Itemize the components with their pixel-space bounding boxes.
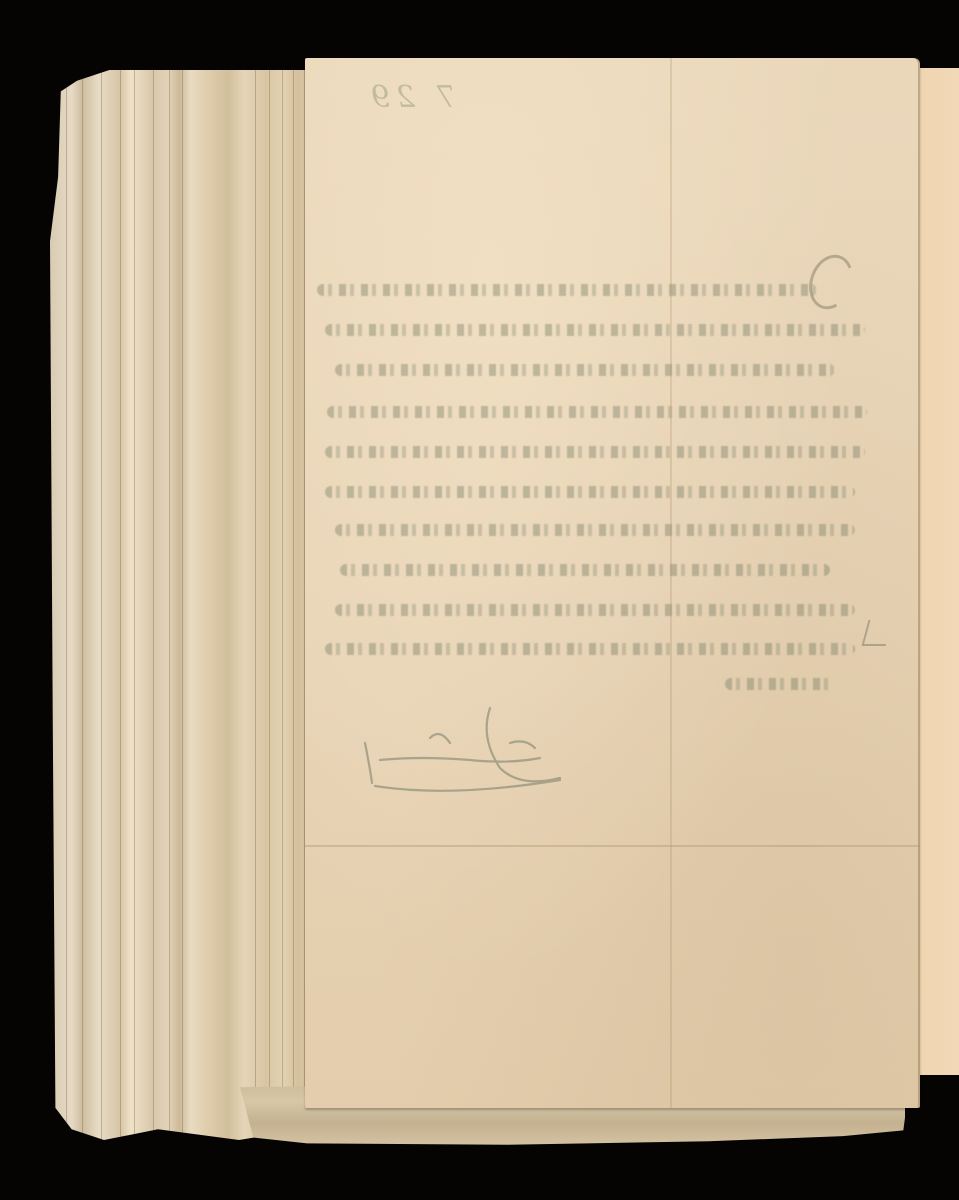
manuscript-page: 7 29: [305, 58, 920, 1108]
page-edge: [169, 70, 170, 1140]
ink-line: [340, 564, 830, 576]
ink-line: [725, 678, 835, 690]
page-edge-stack: [50, 70, 320, 1140]
margin-mark: [862, 620, 893, 646]
page-edge: [134, 70, 135, 1140]
ink-line: [317, 284, 817, 296]
page-edge: [153, 70, 154, 1140]
ink-line: [325, 486, 855, 498]
page-edge: [120, 70, 121, 1140]
folio-number: 7 29: [365, 80, 456, 115]
ink-line: [327, 406, 867, 418]
fold-line: [305, 845, 920, 847]
page-edge: [255, 70, 256, 1140]
page-edge: [269, 70, 270, 1140]
fold-line-vertical: [670, 58, 672, 1108]
ink-line: [325, 446, 865, 458]
circle-mark: [802, 249, 861, 316]
facing-page: [915, 68, 959, 1078]
page-edge: [82, 70, 83, 1140]
ink-line: [335, 604, 855, 616]
ink-line: [335, 524, 855, 536]
ink-line: [335, 364, 835, 376]
page-edge: [182, 70, 183, 1140]
page-edge: [66, 70, 67, 1140]
ink-line: [325, 324, 865, 336]
signature: [360, 698, 570, 793]
ink-line: [325, 643, 855, 655]
page-edge: [101, 70, 102, 1140]
page-edge: [282, 70, 283, 1140]
page-edge: [293, 70, 294, 1140]
